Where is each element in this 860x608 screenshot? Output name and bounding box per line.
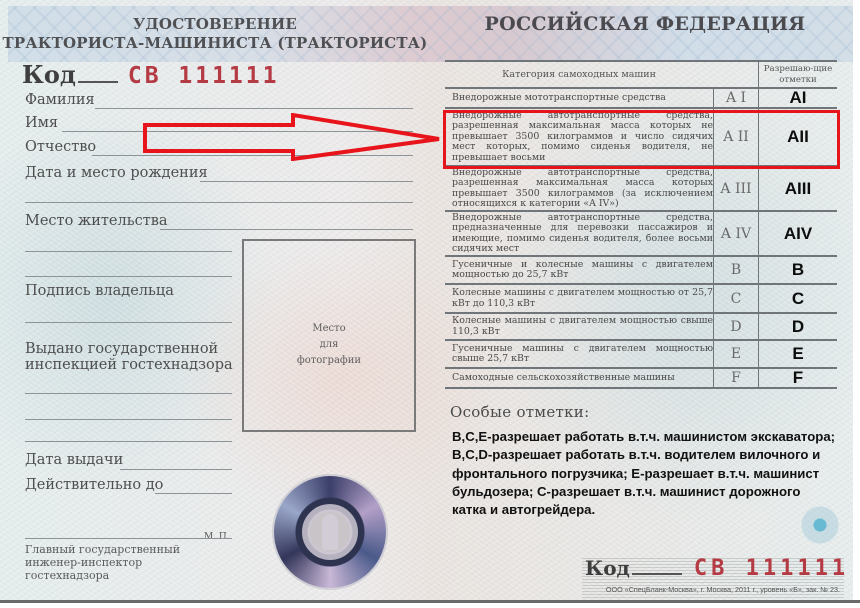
- category-description: Колесные машины с двигателем мощностью с…: [445, 314, 713, 339]
- photo-placeholder: Место для фотографии: [242, 239, 416, 432]
- photo-caption-1: Место: [244, 321, 414, 337]
- table-row: Колесные машины с двигателем мощностью с…: [445, 314, 837, 341]
- category-description: Колесные машины с двигателем мощностью о…: [445, 285, 713, 312]
- category-description: Внедорожные автотранспортные средства, п…: [445, 212, 713, 255]
- issued-by-label-2: инспекцией гостехнадзора: [25, 357, 233, 373]
- country-title: РОССИЙСКАЯ ФЕДЕРАЦИЯ: [430, 13, 860, 35]
- rosette-ornament-icon: [795, 500, 845, 550]
- valid-until-label: Действительно до: [25, 477, 163, 493]
- signature-label: Подпись владельца: [25, 283, 174, 299]
- highlight-box-a2: [443, 110, 840, 169]
- category-code: A IV: [713, 212, 759, 255]
- table-header: Категория самоходных машин Разрешаю-щие …: [445, 60, 837, 89]
- permission-mark: C: [759, 285, 837, 312]
- table-row: Гусеничные машины с двигателем мощностью…: [445, 341, 837, 369]
- issue-date-line: [120, 469, 232, 470]
- residence-line-3: [25, 276, 232, 277]
- permission-mark: AI: [759, 89, 837, 107]
- permission-mark: AIV: [759, 212, 837, 255]
- table-row: Внедорожные мототранспортные средстваA I…: [445, 89, 837, 109]
- hologram-seal-icon: [274, 476, 386, 588]
- permission-mark: AIII: [759, 167, 837, 210]
- special-notes-text: B,C,E-разрешает работать в.т.ч. машинист…: [452, 428, 837, 519]
- page-edge: [853, 0, 860, 608]
- signature-line: [25, 322, 232, 323]
- category-code: A I: [713, 89, 759, 107]
- document-title: УДОСТОВЕРЕНИЕ: [0, 15, 430, 33]
- patronymic-label: Отчество: [25, 139, 96, 155]
- permission-mark: F: [759, 369, 837, 387]
- document-subtitle: ТРАКТОРИСТА-МАШИНИСТА (ТРАКТОРИСТА): [0, 34, 430, 52]
- inspector-title: Главный государственный инженер-инспекто…: [25, 543, 180, 582]
- header-spacer: [713, 62, 759, 87]
- arrow-right-icon: [143, 113, 443, 161]
- footer-code-label: Код: [585, 556, 630, 580]
- table-row: Внедорожные автотранспортные средства, п…: [445, 212, 837, 257]
- document-code: Код СВ 111111: [22, 60, 279, 90]
- issued-by-line: [25, 393, 232, 394]
- code-label: Код: [22, 60, 76, 89]
- footer-code-underline: [632, 573, 682, 575]
- issued-by-line-3: [25, 441, 232, 442]
- surname-line: [95, 108, 413, 109]
- inspector-line-1: Главный государственный: [25, 543, 180, 556]
- code-number: СВ 111111: [128, 63, 280, 89]
- category-description: Внедорожные автотранспортные средства, р…: [445, 167, 713, 210]
- birth-line: [200, 181, 413, 182]
- category-description: Гусеничные и колесные машины с двигателе…: [445, 257, 713, 283]
- code-underline: [78, 81, 118, 83]
- category-description: Внедорожные мототранспортные средства: [445, 89, 713, 107]
- footer-code: Код СВ 111111: [585, 556, 849, 581]
- issue-date-label: Дата выдачи: [25, 452, 123, 468]
- figure-icon: [322, 514, 338, 550]
- table-row: Внедорожные автотранспортные средства, р…: [445, 167, 837, 212]
- tractor-license-document: УДОСТОВЕРЕНИЕ ТРАКТОРИСТА-МАШИНИСТА (ТРА…: [0, 0, 860, 608]
- category-code: B: [713, 257, 759, 283]
- printer-imprint: ООО «СпецБланк-Москва», г. Москва, 2011 …: [540, 585, 840, 594]
- birth-label: Дата и место рождения: [25, 165, 208, 181]
- residence-label: Место жительства: [25, 213, 168, 229]
- issued-by-line-2: [25, 419, 232, 420]
- category-code: D: [713, 314, 759, 339]
- inspector-line-2: инженер-инспектор: [25, 556, 180, 569]
- category-code: E: [713, 341, 759, 367]
- residence-line-2: [25, 251, 232, 252]
- inspector-line-3: гостехнадзора: [25, 569, 180, 582]
- special-notes-title: Особые отметки:: [450, 403, 589, 421]
- category-code: A III: [713, 167, 759, 210]
- photo-caption-2: для: [244, 337, 414, 353]
- category-description: Гусеничные машины с двигателем мощностью…: [445, 341, 713, 367]
- bottom-margin: [0, 603, 860, 608]
- photo-caption: Место для фотографии: [244, 321, 414, 369]
- category-description: Самоходные сельскохозяйственные машины: [445, 369, 713, 387]
- inspector-signature-line: [25, 538, 232, 539]
- photo-caption-3: фотографии: [244, 353, 414, 369]
- name-label: Имя: [25, 115, 58, 131]
- table-row: Колесные машины с двигателем мощностью о…: [445, 285, 837, 314]
- issued-by-label-1: Выдано государственной: [25, 341, 218, 357]
- permission-mark: D: [759, 314, 837, 339]
- category-code: C: [713, 285, 759, 312]
- birth-line-2: [25, 202, 413, 203]
- seal-place-label: М. П.: [204, 532, 230, 542]
- permission-mark: E: [759, 341, 837, 367]
- header-category: Категория самоходных машин: [445, 62, 713, 87]
- footer-code-number: СВ 111111: [694, 556, 849, 581]
- valid-until-line: [155, 493, 232, 494]
- surname-label: Фамилия: [25, 92, 95, 108]
- header-marks: Разрешаю-щие отметки: [759, 62, 837, 87]
- table-row: Самоходные сельскохозяйственные машиныFF: [445, 369, 837, 389]
- permission-mark: B: [759, 257, 837, 283]
- residence-line: [160, 229, 413, 230]
- table-row: Гусеничные и колесные машины с двигателе…: [445, 257, 837, 285]
- category-code: F: [713, 369, 759, 387]
